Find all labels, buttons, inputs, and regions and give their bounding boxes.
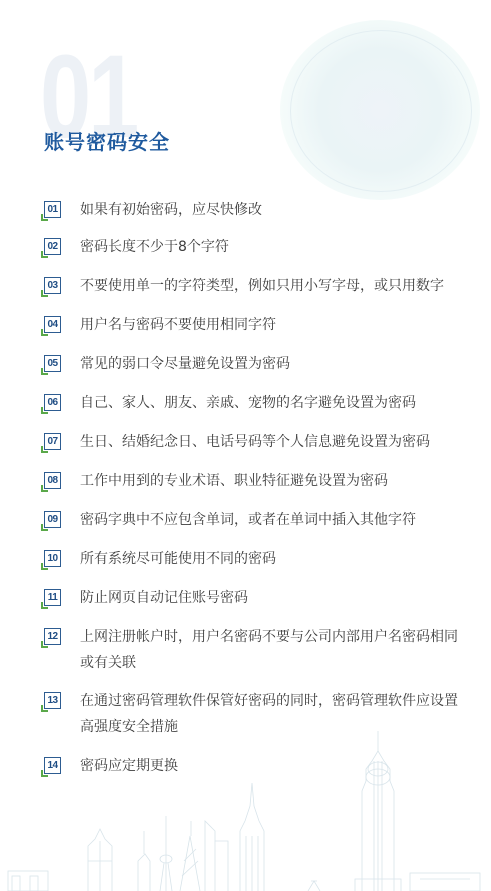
list-item-text: 所有系统尽可能使用不同的密码 xyxy=(80,546,465,572)
number-badge: 09 xyxy=(44,511,61,528)
number-badge: 05 xyxy=(44,355,61,372)
list-item-text: 如果有初始密码，应尽快修改 xyxy=(80,197,465,223)
list-item-text: 防止网页自动记住账号密码 xyxy=(80,585,465,611)
list-item-text: 自己、家人、朋友、亲戚、宠物的名字避免设置为密码 xyxy=(80,390,465,416)
list-item-text: 不要使用单一的字符类型，例如只用小写字母，或只用数字 xyxy=(80,273,465,299)
number-badge: 08 xyxy=(44,472,61,489)
number-badge: 07 xyxy=(44,433,61,450)
page-title: 账号密码安全 xyxy=(44,126,170,155)
list-item-text: 工作中用到的专业术语、职业特征避免设置为密码 xyxy=(80,468,465,494)
list-item-text: 用户名与密码不要使用相同字符 xyxy=(80,312,465,338)
number-badge: 02 xyxy=(44,238,61,255)
list-item-text: 密码字典中不应包含单词，或者在单词中插入其他字符 xyxy=(80,507,465,533)
number-badge: 12 xyxy=(44,628,61,645)
number-badge: 11 xyxy=(44,589,61,606)
number-badge: 06 xyxy=(44,394,61,411)
city-skyline-illustration xyxy=(0,721,491,891)
list-item-text: 生日、结婚纪念日、电话号码等个人信息避免设置为密码 xyxy=(80,429,465,455)
number-badge: 03 xyxy=(44,277,61,294)
number-badge: 10 xyxy=(44,550,61,567)
list-item-text: 常见的弱口令尽量避免设置为密码 xyxy=(80,351,465,377)
number-badge: 04 xyxy=(44,316,61,333)
list-item-text: 密码长度不少于8个字符 xyxy=(80,234,465,260)
number-badge: 13 xyxy=(44,692,61,709)
list-item-text: 上网注册帐户时，用户名密码不要与公司内部用户名密码相同或有关联 xyxy=(80,624,465,676)
number-badge: 01 xyxy=(44,201,61,218)
globe-ring-decoration xyxy=(290,30,472,192)
